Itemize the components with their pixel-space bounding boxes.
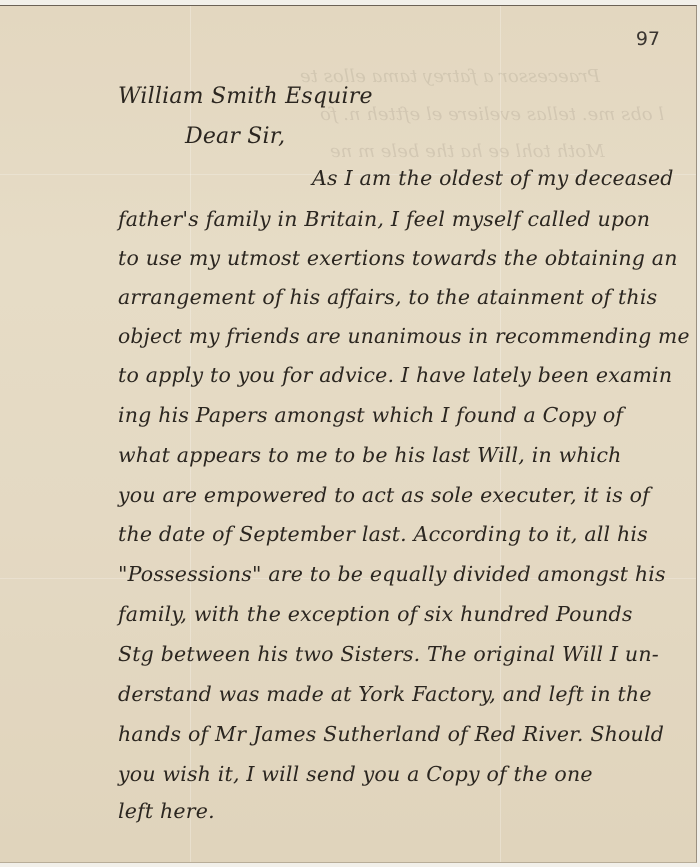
- letter-page: Praecessor a fatrey tama ellos te l obs …: [0, 5, 697, 863]
- letter-line: you are empowered to act as sole execute…: [118, 483, 650, 507]
- letter-line: to use my utmost exertions towards the o…: [118, 246, 678, 270]
- letter-line: As I am the oldest of my deceased: [312, 166, 674, 190]
- letter-line: hands of Mr James Sutherland of Red Rive…: [118, 722, 664, 746]
- addressee: William Smith Esquire: [118, 84, 373, 109]
- letter-line: "Possessions" are to be equally divided …: [118, 562, 666, 586]
- letter-line: the date of September last. According to…: [118, 522, 648, 546]
- letter-line: Stg between his two Sisters. The origina…: [118, 642, 659, 666]
- bleed-through-text: Moth tohl ee ha the bele m ne: [330, 141, 605, 162]
- letter-line: ing his Papers amongst which I found a C…: [118, 403, 623, 427]
- letter-line: arrangement of his affairs, to the atain…: [118, 285, 657, 309]
- letter-line: father's family in Britain, I feel mysel…: [118, 207, 650, 231]
- letter-line: object my friends are unanimous in recom…: [118, 324, 690, 348]
- letter-line: what appears to me to be his last Will, …: [118, 443, 622, 467]
- folio-number: 97: [636, 28, 660, 50]
- letter-line: family, with the exception of six hundre…: [118, 602, 633, 626]
- letter-line: left here.: [118, 799, 215, 823]
- salutation: Dear Sir,: [185, 124, 285, 149]
- letter-line: to apply to you for advice. I have latel…: [118, 363, 672, 387]
- letter-line: you wish it, I will send you a Copy of t…: [118, 762, 593, 786]
- letter-line: derstand was made at York Factory, and l…: [118, 682, 652, 706]
